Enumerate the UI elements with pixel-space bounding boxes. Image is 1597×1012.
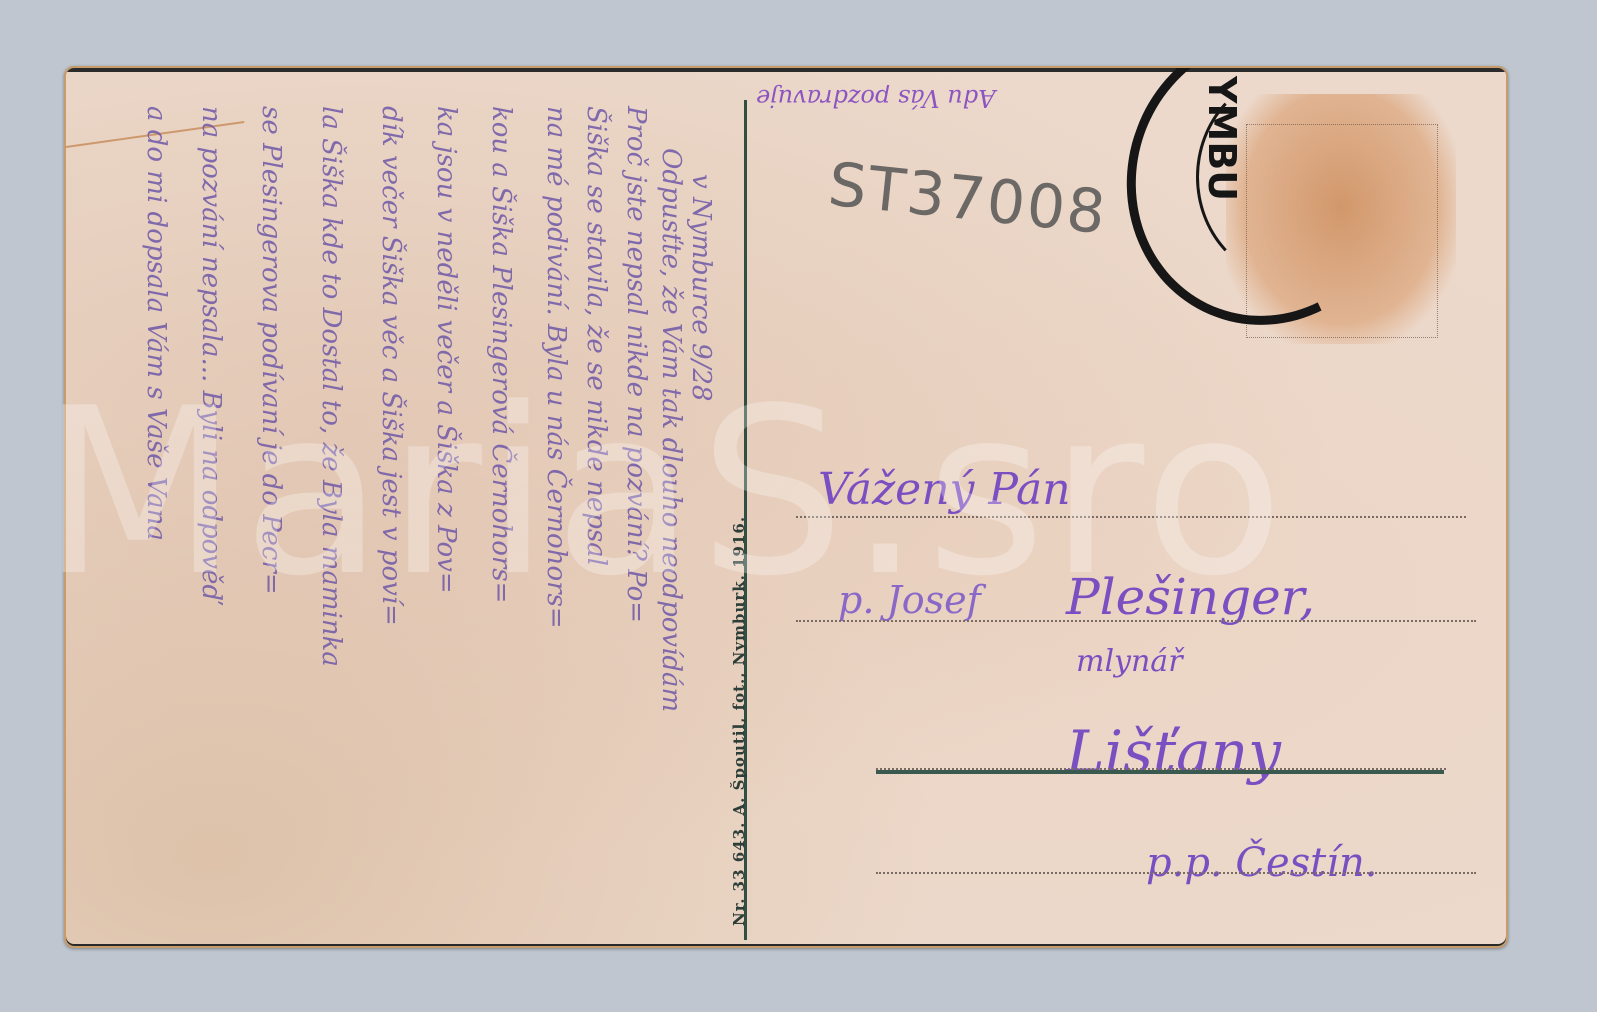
publisher-imprint-text: Nr. 33 643. A. Špoutil, fot., Nymburk. 1… — [730, 516, 748, 926]
message-line: ka jsou v neděli večer a Šiška z Pov= — [431, 106, 461, 594]
message-line: na mé podivání. Byla u nás Černohors= — [541, 106, 571, 629]
address-name-prefix: p. Josef — [838, 578, 981, 622]
message-line: la Šiška kde to Dostal to, že Byla mamin… — [316, 106, 346, 667]
handwritten-message: v Nymburce 9/28 Odpusťte, že Vám tak dlo… — [76, 78, 726, 938]
address-dotted-line — [796, 516, 1466, 518]
address-salutation: Vážený Pán — [818, 464, 1071, 515]
postcard-back: v Nymburce 9/28 Odpusťte, že Vám tak dlo… — [64, 66, 1508, 948]
address-solid-line — [876, 770, 1444, 774]
message-line: Šiška se stavila, že se nikde nepsal — [581, 106, 611, 566]
message-line: Proč jste nepsal nikde na pozvání? Po= — [621, 106, 651, 623]
address-post-office: p.p. Čestín. — [1146, 840, 1378, 886]
address-surname: Plešinger, — [1066, 568, 1315, 626]
address-town: Lišťany — [1066, 718, 1281, 786]
postmark-text: YMBU — [1200, 76, 1244, 201]
address-occupation: mlynář — [1076, 644, 1183, 679]
message-place-date: v Nymburce 9/28 — [686, 174, 716, 401]
upside-down-note: Adu Vás pozdravuje — [756, 84, 995, 112]
message-line: kou a Šiška Plesingerová Černohors= — [486, 106, 516, 603]
address-dotted-line — [796, 620, 1476, 622]
message-line: Odpusťte, že Vám tak dlouho neodpovídám — [656, 148, 686, 712]
pencil-inventory-code: ST37008 — [825, 150, 1110, 249]
message-line: se Plesingerova podívaní je do Pecr= — [256, 106, 286, 595]
message-line: a do mi dopsala Vám s Vaše Vana — [141, 106, 171, 541]
address-dotted-line — [876, 872, 1476, 874]
message-line: dík večer Šiška věc a Šiška jest v poví= — [376, 106, 406, 626]
message-line: na pozvání nepsala... Byli na odpověď — [196, 106, 226, 601]
